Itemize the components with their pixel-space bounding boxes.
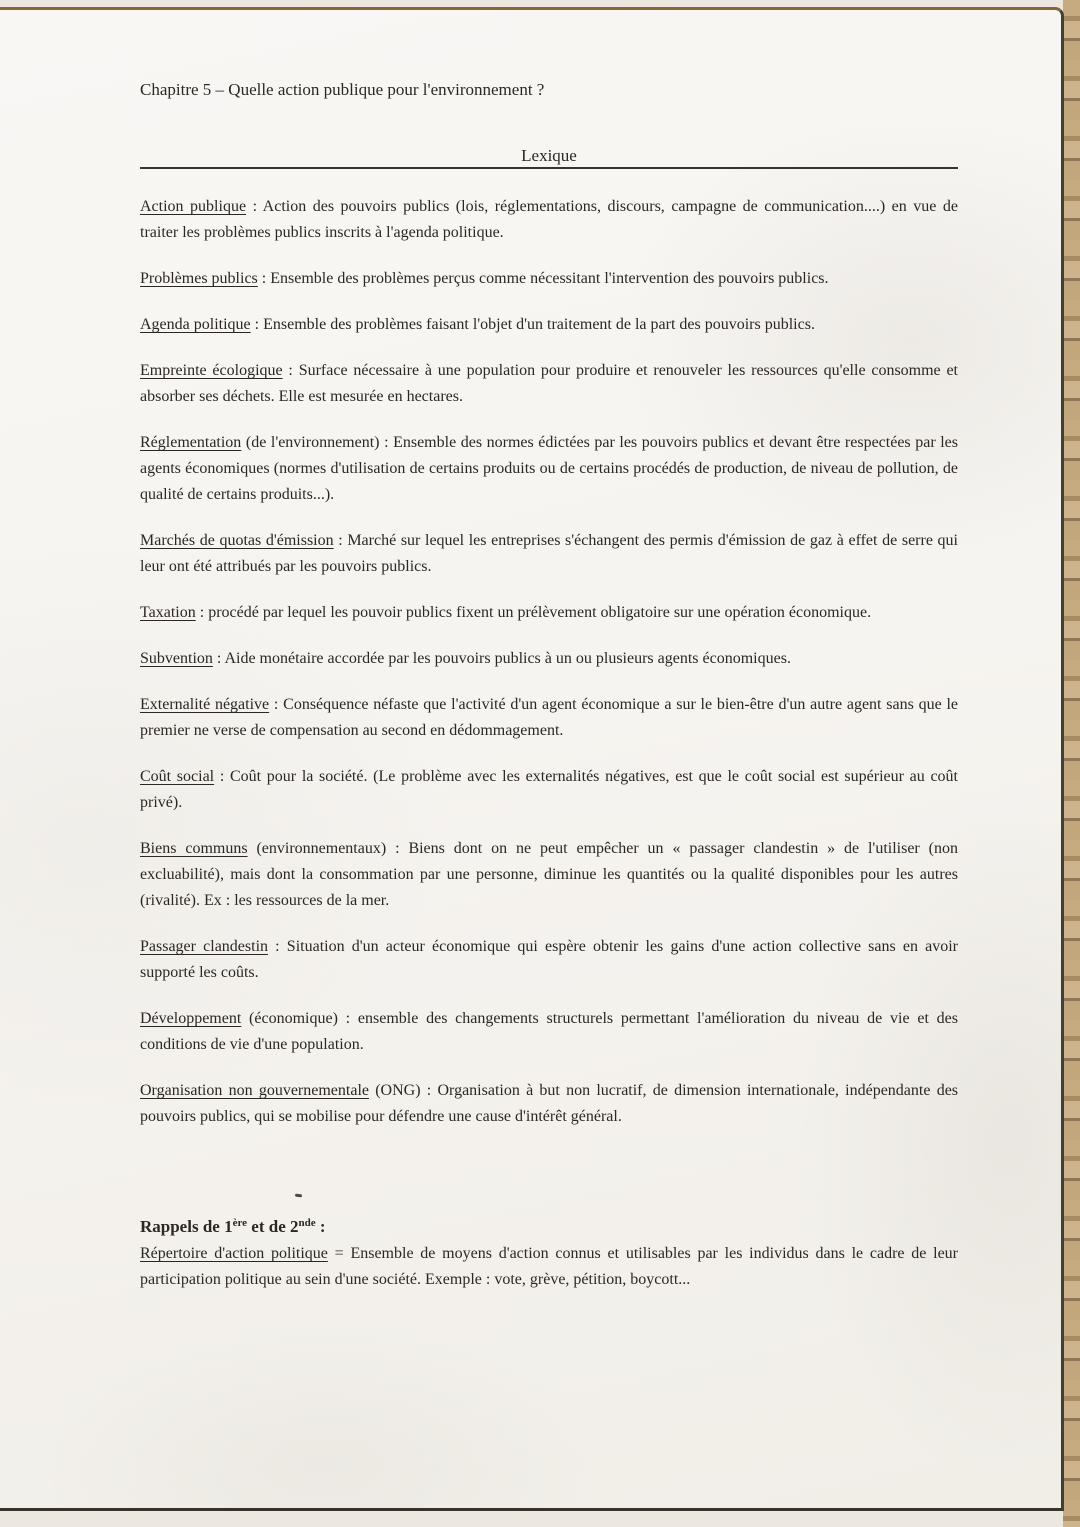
entry-separator: :: [251, 316, 263, 333]
superscript-nde: nde: [299, 1217, 316, 1229]
lexicon-entry: Empreinte écologique : Surface nécessair…: [140, 358, 958, 410]
entry-separator: :: [269, 696, 283, 713]
lexicon-entry: Développement (économique) : ensemble de…: [140, 1006, 958, 1058]
rappels-heading: Rappels de 1ère et de 2nde :: [140, 1209, 958, 1241]
entry-term: Développement: [140, 1010, 241, 1027]
entry-term-suffix: (de l'environnement): [241, 434, 379, 451]
entry-definition: procédé par lequel les pouvoir publics f…: [208, 604, 871, 621]
lexicon-entry: Externalité négative : Conséquence néfas…: [140, 692, 958, 744]
entry-definition: Coût pour la société. (Le problème avec …: [140, 768, 958, 811]
chapter-title: Chapitre 5 – Quelle action publique pour…: [140, 79, 958, 101]
entry-separator: :: [338, 1010, 358, 1027]
entry-term: Organisation non gouvernementale: [140, 1082, 369, 1099]
entry-term: Externalité négative: [140, 696, 269, 713]
entry-term: Répertoire d'action politique: [140, 1245, 328, 1262]
page-content: Chapitre 5 – Quelle action publique pour…: [140, 79, 958, 1293]
entry-term: Subvention: [140, 650, 213, 667]
paper-sheet: Chapitre 5 – Quelle action publique pour…: [0, 7, 1064, 1511]
lexicon-entry: Agenda politique : Ensemble des problème…: [140, 312, 958, 338]
lexicon-entry: Réglementation (de l'environnement) : En…: [140, 430, 958, 508]
entry-term: Problèmes publics: [140, 270, 258, 287]
entry-term-suffix: (économique): [241, 1010, 338, 1027]
entry-separator: :: [246, 198, 263, 215]
entry-separator: :: [213, 650, 225, 667]
entry-term: Biens communs: [140, 840, 248, 857]
lexique-rule: Lexique: [140, 145, 958, 169]
entry-separator: =: [328, 1245, 351, 1262]
entry-separator: :: [334, 532, 348, 549]
entry-separator: :: [380, 434, 394, 451]
lexicon-entry: Subvention : Aide monétaire accordée par…: [140, 646, 958, 672]
table-edge-strip: [1063, 0, 1080, 1527]
rappels-entry: Répertoire d'action politique = Ensemble…: [140, 1241, 958, 1293]
lexicon-entry: Organisation non gouvernementale (ONG) :…: [140, 1078, 958, 1130]
lexicon-entry: Biens communs (environnementaux) : Biens…: [140, 836, 958, 914]
entry-term-suffix: (environnementaux): [248, 840, 387, 857]
entry-separator: :: [214, 768, 230, 785]
entry-term: Réglementation: [140, 434, 241, 451]
entry-term-suffix: (ONG): [369, 1082, 421, 1099]
lexicon-entry: Marchés de quotas d'émission : Marché su…: [140, 528, 958, 580]
superscript-ere: ère: [233, 1217, 247, 1229]
lexicon-entry: Coût social : Coût pour la société. (Le …: [140, 764, 958, 816]
entry-term: Marchés de quotas d'émission: [140, 532, 334, 549]
entry-separator: :: [421, 1082, 438, 1099]
entry-term: Coût social: [140, 768, 214, 785]
entry-term: Empreinte écologique: [140, 362, 283, 379]
entry-separator: :: [258, 270, 270, 287]
entry-term: Agenda politique: [140, 316, 251, 333]
entry-definition: Aide monétaire accordée par les pouvoirs…: [224, 650, 791, 667]
lexicon-list: Action publique : Action des pouvoirs pu…: [140, 194, 958, 1130]
entry-definition: Ensemble des problèmes faisant l'objet d…: [263, 316, 815, 333]
scan-background: { "document": { "chapter_title": "Chapit…: [0, 0, 1080, 1527]
entry-definition: Ensemble des problèmes perçus comme néce…: [270, 270, 828, 287]
rappels-section: Rappels de 1ère et de 2nde : Répertoire …: [140, 1209, 958, 1293]
lexicon-entry: Problèmes publics : Ensemble des problèm…: [140, 266, 958, 292]
lexicon-entry: Action publique : Action des pouvoirs pu…: [140, 194, 958, 246]
lexicon-entry: Taxation : procédé par lequel les pouvoi…: [140, 600, 958, 626]
lexique-heading: Lexique: [521, 145, 577, 167]
entry-term: Taxation: [140, 604, 196, 621]
entry-separator: :: [268, 938, 287, 955]
entry-separator: :: [283, 362, 299, 379]
entry-separator: :: [196, 604, 208, 621]
entry-separator: :: [386, 840, 408, 857]
entry-term: Passager clandestin: [140, 938, 268, 955]
entry-term: Action publique: [140, 198, 246, 215]
entry-definition: Action des pouvoirs publics (lois, régle…: [140, 198, 958, 241]
lexicon-entry: Passager clandestin : Situation d'un act…: [140, 934, 958, 986]
